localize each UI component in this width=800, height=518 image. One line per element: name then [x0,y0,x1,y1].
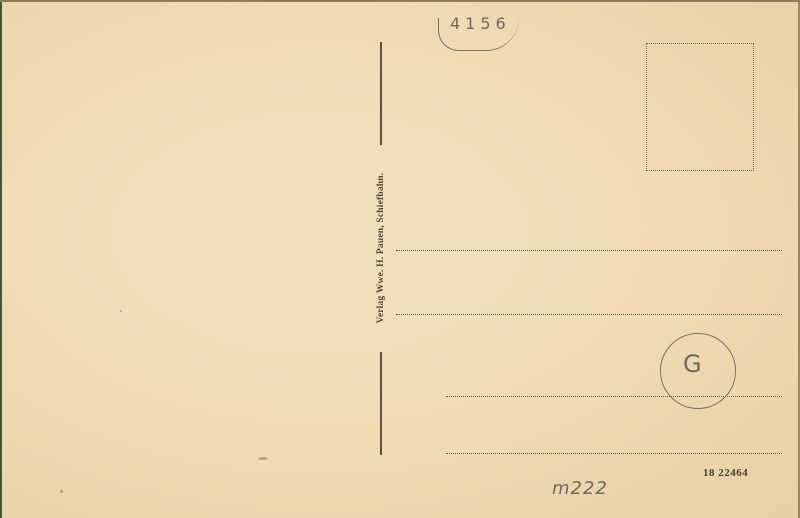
handwritten-top-number: 4156 [450,14,511,33]
divider-line-bottom [380,352,382,455]
print-number: 18 22464 [703,467,748,479]
paper-speck [60,490,63,493]
publisher-imprint: Verlag Wwe. H. Pauen, Schiefbahn. [376,173,386,324]
divider-line-top [380,42,382,145]
address-line-3 [446,396,782,397]
paper-speck [258,457,268,460]
handwritten-circled-letter: G [683,350,702,378]
handwritten-bottom-number: m222 [552,478,608,499]
address-line-2 [396,314,782,315]
postcard-back: Verlag Wwe. H. Pauen, Schiefbahn. 4156 G… [0,0,800,518]
stamp-box [646,43,754,171]
address-line-1 [396,250,782,251]
paper-speck [120,310,122,312]
address-line-4 [446,453,782,454]
